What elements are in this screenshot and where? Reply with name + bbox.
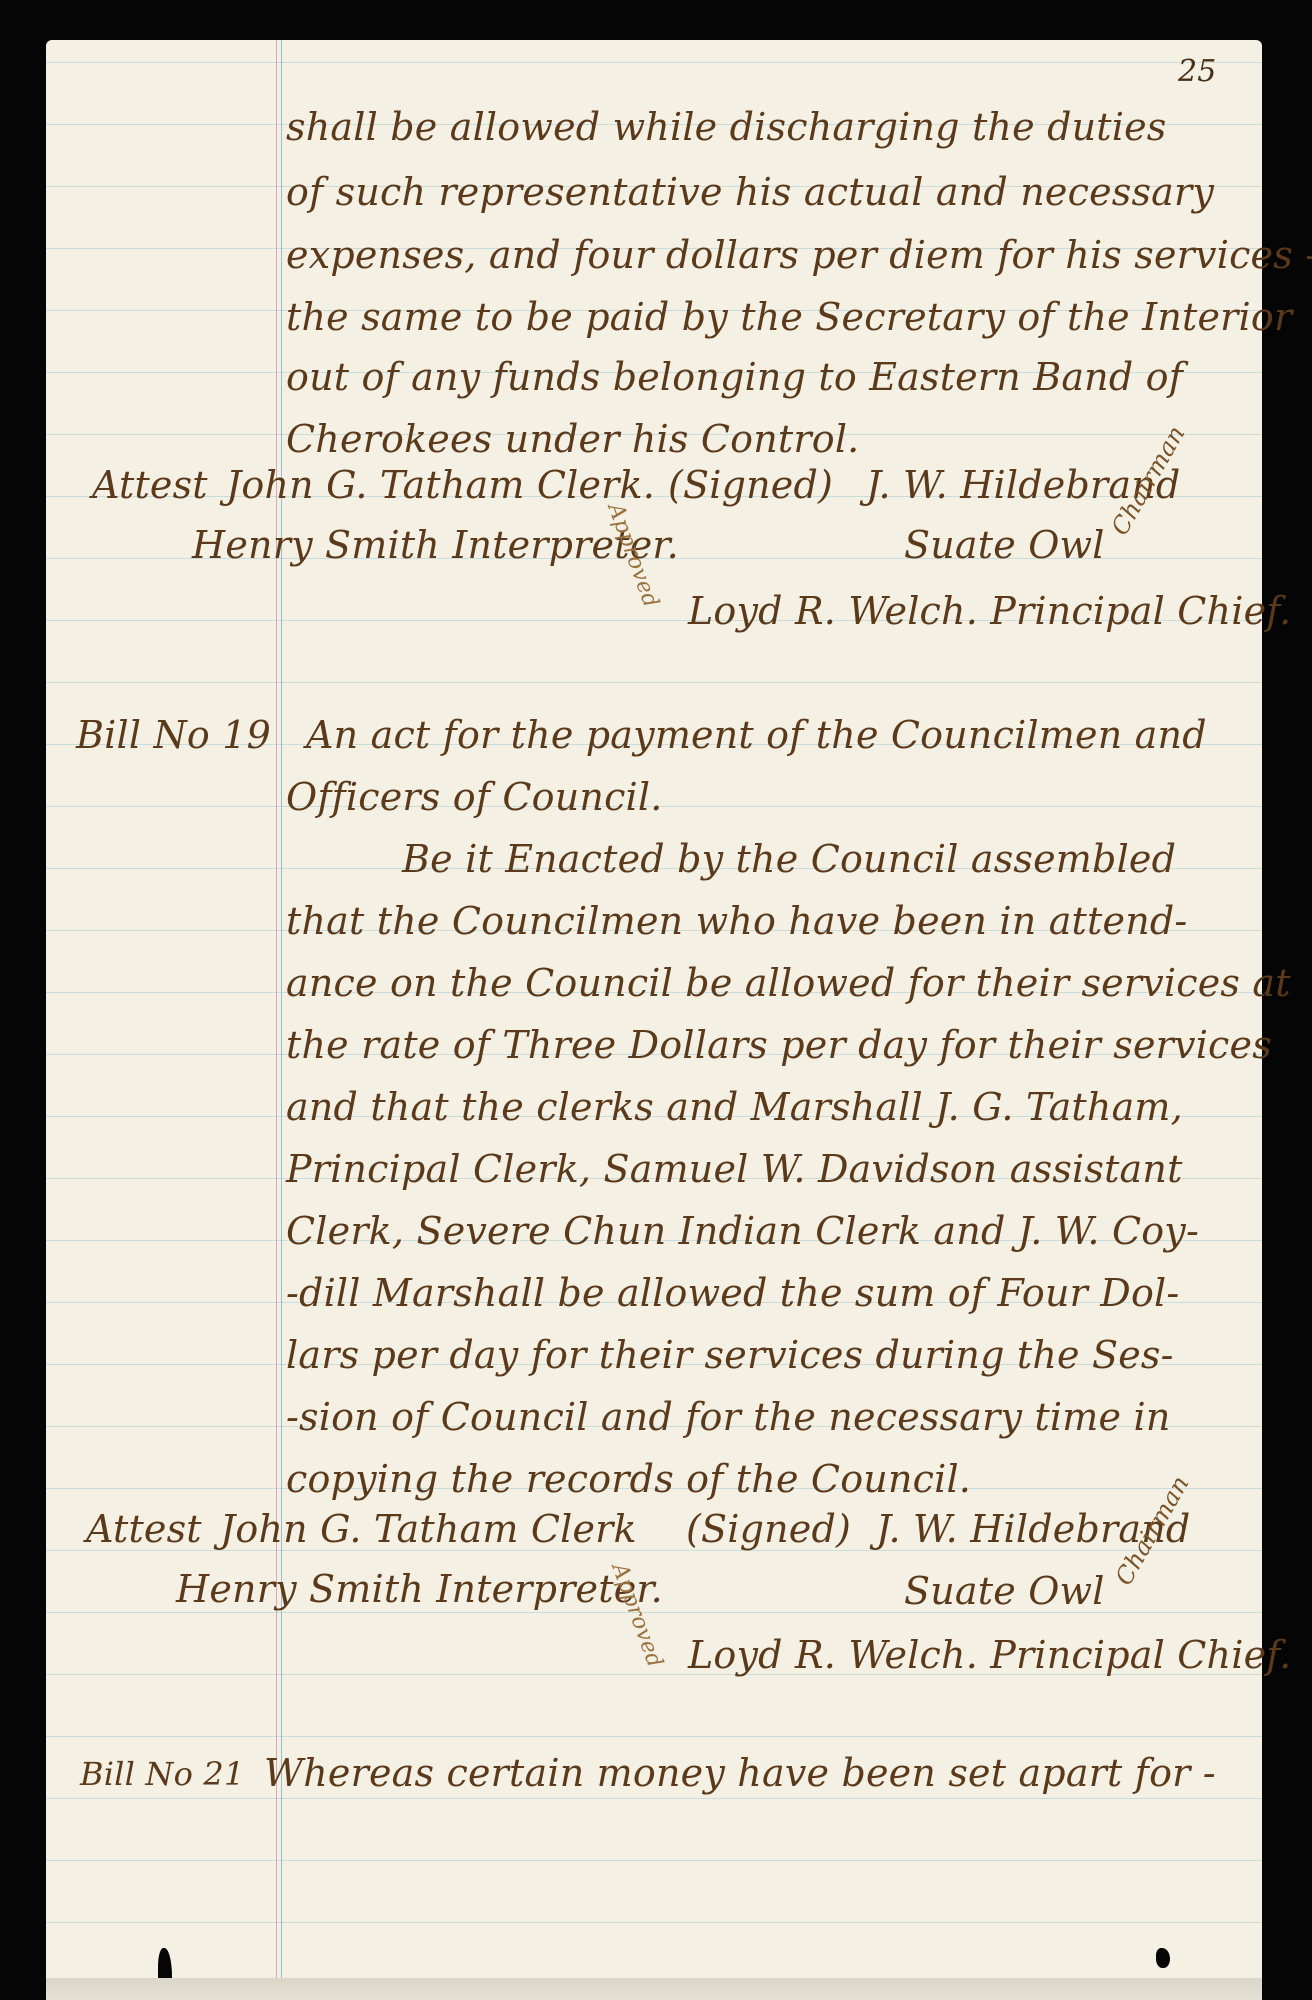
interpreter-signature: Henry Smith Interpreter. [176,1570,663,1608]
text-line: of such representative his actual and ne… [286,173,1214,211]
clerk-signature: John G. Tatham Clerk [220,1510,637,1548]
bill-first-line: Whereas certain money have been set apar… [264,1754,1216,1792]
signed-label: (Signed) [668,466,833,504]
text-line: ance on the Council be allowed for their… [286,964,1291,1002]
text-line: that the Councilmen who have been in att… [286,902,1187,940]
text-line: and that the clerks and Marshall J. G. T… [286,1088,1183,1126]
margin-rule-blue [281,40,282,2000]
attest-label: Attest [92,466,208,504]
binding-hole-right [1156,1948,1170,1968]
signer-suate-owl: Suate Owl [904,1572,1105,1610]
signer-suate-owl: Suate Owl [904,526,1105,564]
clerk-signature: John G. Tatham Clerk. [226,466,655,504]
text-line: the rate of Three Dollars per day for th… [286,1026,1272,1064]
text-line: -dill Marshall be allowed the sum of Fou… [286,1274,1179,1312]
bill-label: Bill No 19 [76,716,271,754]
text-line: Clerk, Severe Chun Indian Clerk and J. W… [286,1212,1199,1250]
interpreter-signature: Henry Smith Interpreter. [192,526,679,564]
text-line: Principal Clerk, Samuel W. Davidson assi… [286,1150,1183,1188]
text-line: out of any funds belonging to Eastern Ba… [286,358,1183,396]
bill-title-line: An act for the payment of the Councilmen… [306,716,1207,754]
ledger-page: 25 shall be allowed while discharging th… [46,40,1262,2000]
bill-title-line: Officers of Council. [286,778,663,816]
principal-chief-signature: Loyd R. Welch. Principal Chief. [688,1636,1291,1674]
attest-label: Attest [86,1510,202,1548]
page-number: 25 [1178,54,1217,89]
text-line: Cherokees under his Control. [286,420,859,458]
principal-chief-signature: Loyd R. Welch. Principal Chief. [688,592,1291,630]
text-line: lars per day for their services during t… [286,1336,1174,1374]
text-line: -sion of Council and for the necessary t… [286,1398,1171,1436]
page-fold-edge [46,1978,1262,2000]
text-line: expenses, and four dollars per diem for … [286,236,1312,274]
text-line: the same to be paid by the Secretary of … [286,298,1292,336]
enacting-clause: Be it Enacted by the Council assembled [402,840,1176,878]
text-line: shall be allowed while discharging the d… [286,108,1166,146]
margin-rule-pink [276,40,277,2000]
signed-label: (Signed) [686,1510,851,1548]
text-line: copying the records of the Council. [286,1460,971,1498]
bill-label: Bill No 21 [80,1758,245,1790]
